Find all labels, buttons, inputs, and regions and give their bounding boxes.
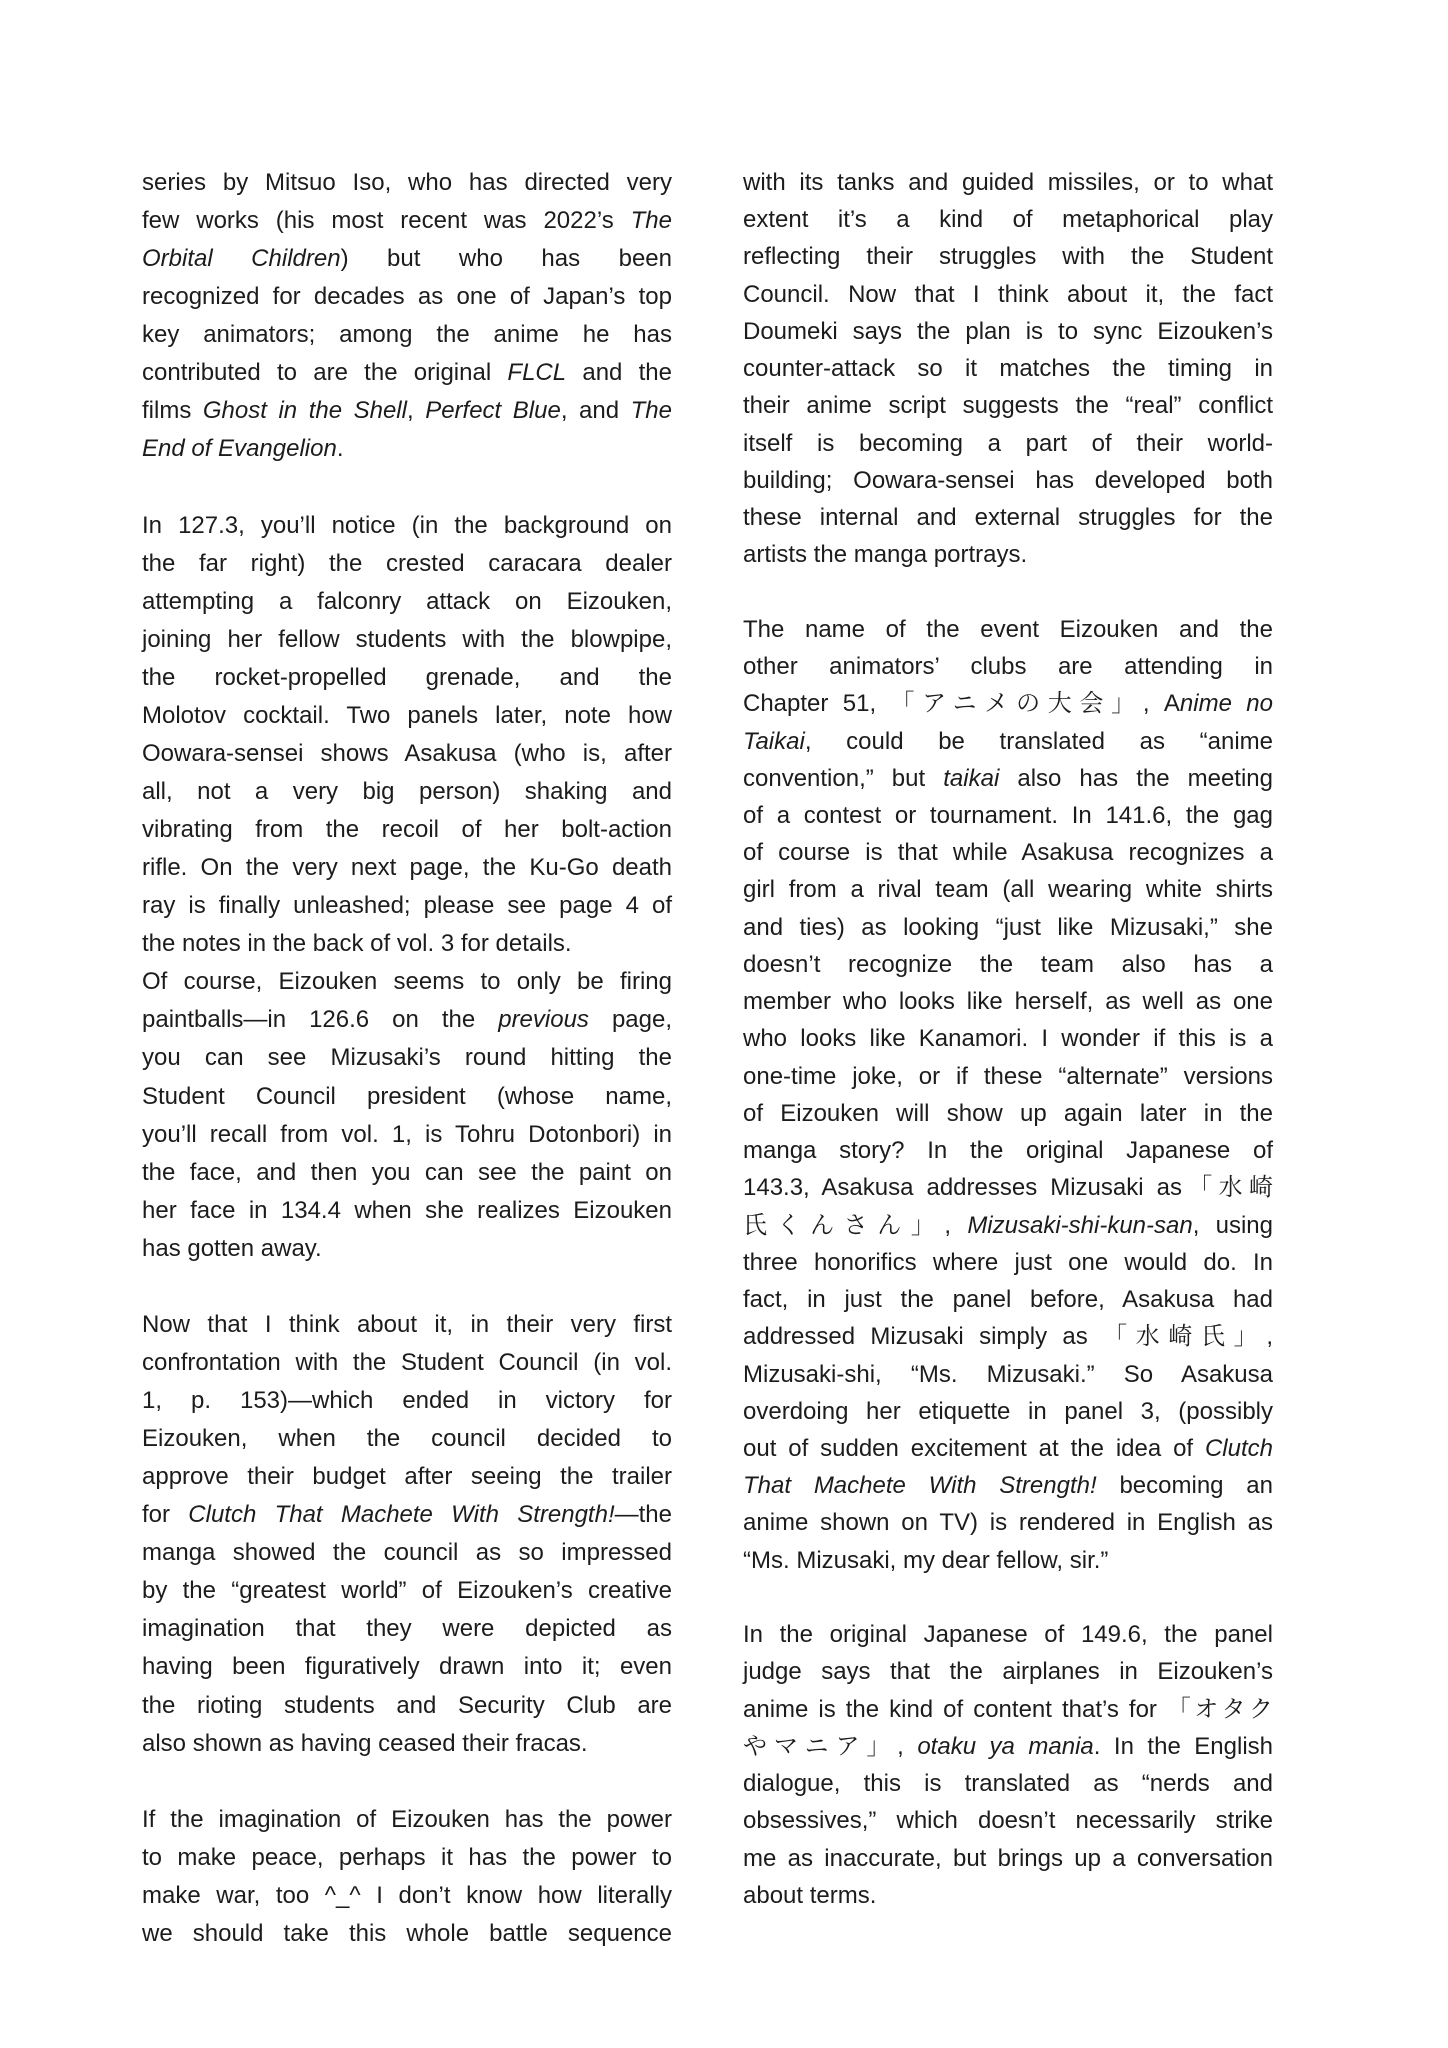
- text-line: their anime script suggests the “real” c…: [743, 387, 1273, 424]
- text: of a contest or tournament. In 141.6, th…: [743, 802, 1273, 829]
- text: obsessives,” which doesn’t necessarily s…: [743, 1807, 1273, 1834]
- italic-text: The: [631, 207, 672, 234]
- text: who looks like Kanamori. I wonder if thi…: [743, 1025, 1273, 1052]
- text: becoming an: [1097, 1472, 1273, 1499]
- text: . In the English: [1094, 1733, 1273, 1760]
- text: doesn’t recognize the team also has a: [743, 951, 1273, 978]
- text: to make peace, perhaps it has the power …: [142, 1844, 672, 1871]
- text-line: by the “greatest world” of Eizouken’s cr…: [142, 1572, 672, 1610]
- text: and the: [566, 359, 672, 386]
- text: In the original Japanese of 149.6, the p…: [743, 1621, 1273, 1648]
- text: 143.3, Asakusa addresses Mizusaki as「水崎: [743, 1174, 1273, 1201]
- text: judge says that the airplanes in Eizouke…: [743, 1658, 1273, 1685]
- text-line: recognized for decades as one of Japan’s…: [142, 278, 672, 316]
- text: make war, too ^_^ I don’t know how liter…: [142, 1882, 672, 1909]
- text: has gotten away.: [142, 1235, 322, 1262]
- italic-text: taikai: [943, 765, 999, 792]
- text-line: with its tanks and guided missiles, or t…: [743, 164, 1273, 201]
- text-line: counter-attack so it matches the timing …: [743, 350, 1273, 387]
- text: Council. Now that I think about it, the …: [743, 281, 1273, 308]
- italic-text: Ghost in the Shell: [203, 397, 407, 424]
- text: the notes in the back of vol. 3 for deta…: [142, 930, 572, 957]
- text: key animators; among the anime he has: [142, 321, 672, 348]
- text: vibrating from the recoil of her bolt-ac…: [142, 816, 672, 843]
- text-line: overdoing her etiquette in panel 3, (pos…: [743, 1393, 1273, 1430]
- text-line: you’ll recall from vol. 1, is Tohru Doto…: [142, 1116, 672, 1154]
- text-line: やマニア」, otaku ya mania. In the English: [743, 1728, 1273, 1765]
- text: convention,” but: [743, 765, 943, 792]
- text-line: out of sudden excitement at the idea of …: [743, 1430, 1273, 1467]
- text-line: Eizouken, when the council decided to: [142, 1420, 672, 1458]
- text-line: the rioting students and Security Club a…: [142, 1687, 672, 1725]
- text-line: extent it’s a kind of metaphorical play: [743, 201, 1273, 238]
- text: Eizouken, when the council decided to: [142, 1425, 672, 1452]
- text: “Ms. Mizusaki, my dear fellow, sir.”: [743, 1547, 1108, 1574]
- text-line: anime shown on TV) is rendered in Englis…: [743, 1504, 1273, 1541]
- text-line: we should take this whole battle sequenc…: [142, 1915, 672, 1953]
- paragraph-gap: [142, 469, 672, 507]
- text: about terms.: [743, 1882, 876, 1909]
- text: attempting a falconry attack on Eizouken…: [142, 588, 672, 615]
- text-line: also shown as having ceased their fracas…: [142, 1725, 672, 1763]
- italic-text: Taikai: [743, 728, 805, 755]
- italic-text: previous: [498, 1006, 589, 1033]
- text-line: make war, too ^_^ I don’t know how liter…: [142, 1877, 672, 1915]
- text-line: Orbital Children) but who has been: [142, 240, 672, 278]
- text-line: If the imagination of Eizouken has the p…: [142, 1801, 672, 1839]
- text-line: ray is finally unleashed; please see pag…: [142, 887, 672, 925]
- text-line: joining her fellow students with the blo…: [142, 621, 672, 659]
- text-line: one-time joke, or if these “alternate” v…: [743, 1058, 1273, 1095]
- text-line: building; Oowara-sensei has developed bo…: [743, 462, 1273, 499]
- paragraph-gap: [142, 1268, 672, 1306]
- text: やマニア」,: [743, 1733, 917, 1760]
- text-line: of Eizouken will show up again later in …: [743, 1095, 1273, 1132]
- text-line: you can see Mizusaki’s round hitting the: [142, 1039, 672, 1077]
- text: films: [142, 397, 203, 424]
- text: page,: [589, 1006, 672, 1033]
- text-line: convention,” but taikai also has the mee…: [743, 760, 1273, 797]
- text-line: these internal and external struggles fo…: [743, 499, 1273, 536]
- text-line: itself is becoming a part of their world…: [743, 425, 1273, 462]
- italic-text: Orbital Children: [142, 245, 341, 272]
- text-line: Of course, Eizouken seems to only be fir…: [142, 963, 672, 1001]
- text: Molotov cocktail. Two panels later, note…: [142, 702, 672, 729]
- text: The name of the event Eizouken and the: [743, 616, 1273, 643]
- text: manga story? In the original Japanese of: [743, 1137, 1273, 1164]
- text: counter-attack so it matches the timing …: [743, 355, 1273, 382]
- text-line: imagination that they were depicted as: [142, 1610, 672, 1648]
- text-line: the far right) the crested caracara deal…: [142, 545, 672, 583]
- text: paintballs—in 126.6 on the: [142, 1006, 498, 1033]
- text-line: about terms.: [743, 1877, 1273, 1914]
- text-line: doesn’t recognize the team also has a: [743, 946, 1273, 983]
- text-line: Taikai, could be translated as “anime: [743, 723, 1273, 760]
- text: ray is finally unleashed; please see pag…: [142, 892, 672, 919]
- text-line: The name of the event Eizouken and the: [743, 611, 1273, 648]
- text: their anime script suggests the “real” c…: [743, 392, 1273, 419]
- text-line: “Ms. Mizusaki, my dear fellow, sir.”: [743, 1542, 1273, 1579]
- text: 1, p. 153)—which ended in victory for: [142, 1387, 672, 1414]
- text: addressed Mizusaki simply as 「水崎氏」,: [743, 1323, 1273, 1350]
- text-line: girl from a rival team (all wearing whit…: [743, 871, 1273, 908]
- text-line: manga showed the council as so impressed: [142, 1534, 672, 1572]
- text-line: films Ghost in the Shell, Perfect Blue, …: [142, 392, 672, 430]
- text: with its tanks and guided missiles, or t…: [743, 169, 1273, 196]
- text-line: having been figuratively drawn into it; …: [142, 1648, 672, 1686]
- text: Chapter 51, 「アニメの大会」, A: [743, 690, 1180, 717]
- text-line: Council. Now that I think about it, the …: [743, 276, 1273, 313]
- italic-text: Mizusaki-shi-kun-san: [967, 1212, 1192, 1239]
- text-line: the rocket-propelled grenade, and the: [142, 659, 672, 697]
- text-line: paintballs—in 126.6 on the previous page…: [142, 1001, 672, 1039]
- text: out of sudden excitement at the idea of: [743, 1435, 1205, 1462]
- text-line: manga story? In the original Japanese of: [743, 1132, 1273, 1169]
- text: one-time joke, or if these “alternate” v…: [743, 1063, 1273, 1090]
- italic-text: Clutch That Machete With Strength!: [188, 1501, 614, 1528]
- paragraph-gap: [142, 1763, 672, 1801]
- text: approve their budget after seeing the tr…: [142, 1463, 672, 1490]
- italic-text: Perfect Blue: [425, 397, 561, 424]
- text: her face in 134.4 when she realizes Eizo…: [142, 1197, 672, 1224]
- text-line: me as inaccurate, but brings up a conver…: [743, 1840, 1273, 1877]
- text-column-right: with its tanks and guided missiles, or t…: [743, 164, 1273, 1914]
- text: , and: [561, 397, 631, 424]
- text-line: of course is that while Asakusa recogniz…: [743, 834, 1273, 871]
- text: anime is the kind of content that’s for …: [743, 1696, 1273, 1723]
- text: by the “greatest world” of Eizouken’s cr…: [142, 1577, 672, 1604]
- text-line: Doumeki says the plan is to sync Eizouke…: [743, 313, 1273, 350]
- text-line: dialogue, this is translated as “nerds a…: [743, 1765, 1273, 1802]
- text: you can see Mizusaki’s round hitting the: [142, 1044, 672, 1071]
- italic-text: That Machete With Strength!: [743, 1472, 1097, 1499]
- text-line: her face in 134.4 when she realizes Eizo…: [142, 1192, 672, 1230]
- text: series by Mitsuo Iso, who has directed v…: [142, 169, 672, 196]
- text: dialogue, this is translated as “nerds a…: [743, 1770, 1273, 1797]
- text-line: Chapter 51, 「アニメの大会」, Anime no: [743, 685, 1273, 722]
- text-line: all, not a very big person) shaking and: [142, 773, 672, 811]
- text: —the: [615, 1501, 672, 1528]
- italic-text: otaku ya mania: [917, 1733, 1093, 1760]
- text-line: Now that I think about it, in their very…: [142, 1306, 672, 1344]
- text: recognized for decades as one of Japan’s…: [142, 283, 672, 310]
- text: ,: [407, 397, 425, 424]
- text-line: few works (his most recent was 2022’s Th…: [142, 202, 672, 240]
- text: In 127.3, you’ll notice (in the backgrou…: [142, 512, 672, 539]
- text-line: who looks like Kanamori. I wonder if thi…: [743, 1020, 1273, 1057]
- text: these internal and external struggles fo…: [743, 504, 1273, 531]
- italic-text: FLCL: [507, 359, 566, 386]
- text-line: other animators’ clubs are attending in: [743, 648, 1273, 685]
- text-line: That Machete With Strength! becoming an: [743, 1467, 1273, 1504]
- text-line: rifle. On the very next page, the Ku-Go …: [142, 849, 672, 887]
- italic-text: Clutch: [1205, 1435, 1273, 1462]
- text: Oowara-sensei shows Asakusa (who is, aft…: [142, 740, 672, 767]
- text: manga showed the council as so impressed: [142, 1539, 672, 1566]
- paragraph-gap: [743, 1579, 1273, 1616]
- text-column-left: series by Mitsuo Iso, who has directed v…: [142, 164, 672, 1953]
- text: you’ll recall from vol. 1, is Tohru Doto…: [142, 1121, 672, 1148]
- text: also shown as having ceased their fracas…: [142, 1730, 588, 1757]
- text: all, not a very big person) shaking and: [142, 778, 672, 805]
- text-line: judge says that the airplanes in Eizouke…: [743, 1653, 1273, 1690]
- text: other animators’ clubs are attending in: [743, 653, 1273, 680]
- text: 氏くんさん」,: [743, 1212, 967, 1239]
- text: artists the manga portrays.: [743, 541, 1027, 568]
- text: of course is that while Asakusa recogniz…: [743, 839, 1273, 866]
- text: rifle. On the very next page, the Ku-Go …: [142, 854, 672, 881]
- text-line: 1, p. 153)—which ended in victory for: [142, 1382, 672, 1420]
- text-line: the notes in the back of vol. 3 for deta…: [142, 925, 672, 963]
- text-line: Molotov cocktail. Two panels later, note…: [142, 697, 672, 735]
- text: also has the meeting: [999, 765, 1273, 792]
- text-line: addressed Mizusaki simply as 「水崎氏」,: [743, 1318, 1273, 1355]
- text-line: of a contest or tournament. In 141.6, th…: [743, 797, 1273, 834]
- text: itself is becoming a part of their world…: [743, 430, 1273, 457]
- text-line: fact, in just the panel before, Asakusa …: [743, 1281, 1273, 1318]
- text: reflecting their struggles with the Stud…: [743, 243, 1273, 270]
- text-line: attempting a falconry attack on Eizouken…: [142, 583, 672, 621]
- text: me as inaccurate, but brings up a conver…: [743, 1845, 1273, 1872]
- italic-text: End of Evangelion: [142, 435, 337, 462]
- text: few works (his most recent was 2022’s: [142, 207, 631, 234]
- text: .: [337, 435, 344, 462]
- text: Student Council president (whose name,: [142, 1083, 672, 1110]
- text-line: series by Mitsuo Iso, who has directed v…: [142, 164, 672, 202]
- text: we should take this whole battle sequenc…: [142, 1920, 672, 1947]
- paragraph-gap: [743, 574, 1273, 611]
- text-line: and ties) as looking “just like Mizusaki…: [743, 909, 1273, 946]
- text-line: Mizusaki-shi, “Ms. Mizusaki.” So Asakusa: [743, 1356, 1273, 1393]
- text-line: contributed to are the original FLCL and…: [142, 354, 672, 392]
- text: the rioting students and Security Club a…: [142, 1692, 672, 1719]
- text: Now that I think about it, in their very…: [142, 1311, 672, 1338]
- text-line: confrontation with the Student Council (…: [142, 1344, 672, 1382]
- text-line: anime is the kind of content that’s for …: [743, 1691, 1273, 1728]
- text-line: member who looks like herself, as well a…: [743, 983, 1273, 1020]
- italic-text: The: [631, 397, 672, 424]
- text-line: for Clutch That Machete With Strength!—t…: [142, 1496, 672, 1534]
- text-line: vibrating from the recoil of her bolt-ac…: [142, 811, 672, 849]
- text-line: In the original Japanese of 149.6, the p…: [743, 1616, 1273, 1653]
- text: fact, in just the panel before, Asakusa …: [743, 1286, 1273, 1313]
- italic-text: nime no: [1180, 690, 1273, 717]
- text-line: to make peace, perhaps it has the power …: [142, 1839, 672, 1877]
- text: confrontation with the Student Council (…: [142, 1349, 672, 1376]
- text: imagination that they were depicted as: [142, 1615, 672, 1642]
- text-line: has gotten away.: [142, 1230, 672, 1268]
- text: joining her fellow students with the blo…: [142, 626, 672, 653]
- text: ) but who has been: [341, 245, 672, 272]
- text: building; Oowara-sensei has developed bo…: [743, 467, 1273, 494]
- text-line: artists the manga portrays.: [743, 536, 1273, 573]
- text: Doumeki says the plan is to sync Eizouke…: [743, 318, 1273, 345]
- text: , using: [1193, 1212, 1273, 1239]
- text-line: 143.3, Asakusa addresses Mizusaki as「水崎: [743, 1169, 1273, 1206]
- text: Mizusaki-shi, “Ms. Mizusaki.” So Asakusa: [743, 1361, 1273, 1388]
- text: contributed to are the original: [142, 359, 507, 386]
- document-page: series by Mitsuo Iso, who has directed v…: [0, 0, 1448, 2048]
- text: the rocket-propelled grenade, and the: [142, 664, 672, 691]
- text: overdoing her etiquette in panel 3, (pos…: [743, 1398, 1273, 1425]
- text-line: three honorifics where just one would do…: [743, 1244, 1273, 1281]
- text-line: obsessives,” which doesn’t necessarily s…: [743, 1802, 1273, 1839]
- text-line: 氏くんさん」, Mizusaki-shi-kun-san, using: [743, 1207, 1273, 1244]
- text: the far right) the crested caracara deal…: [142, 550, 672, 577]
- text: having been figuratively drawn into it; …: [142, 1653, 672, 1680]
- text-line: Student Council president (whose name,: [142, 1078, 672, 1116]
- text-line: key animators; among the anime he has: [142, 316, 672, 354]
- text: anime shown on TV) is rendered in Englis…: [743, 1509, 1273, 1536]
- text: Of course, Eizouken seems to only be fir…: [142, 968, 672, 995]
- text: extent it’s a kind of metaphorical play: [743, 206, 1273, 233]
- text: and ties) as looking “just like Mizusaki…: [743, 914, 1273, 941]
- text: member who looks like herself, as well a…: [743, 988, 1273, 1015]
- text-line: End of Evangelion.: [142, 430, 672, 468]
- text: the face, and then you can see the paint…: [142, 1159, 672, 1186]
- text-line: the face, and then you can see the paint…: [142, 1154, 672, 1192]
- text: for: [142, 1501, 188, 1528]
- text: girl from a rival team (all wearing whit…: [743, 876, 1273, 903]
- text: , could be translated as “anime: [805, 728, 1273, 755]
- text-line: reflecting their struggles with the Stud…: [743, 238, 1273, 275]
- text: of Eizouken will show up again later in …: [743, 1100, 1273, 1127]
- text-line: approve their budget after seeing the tr…: [142, 1458, 672, 1496]
- text: If the imagination of Eizouken has the p…: [142, 1806, 672, 1833]
- text: three honorifics where just one would do…: [743, 1249, 1273, 1276]
- text-line: In 127.3, you’ll notice (in the backgrou…: [142, 507, 672, 545]
- text-line: Oowara-sensei shows Asakusa (who is, aft…: [142, 735, 672, 773]
